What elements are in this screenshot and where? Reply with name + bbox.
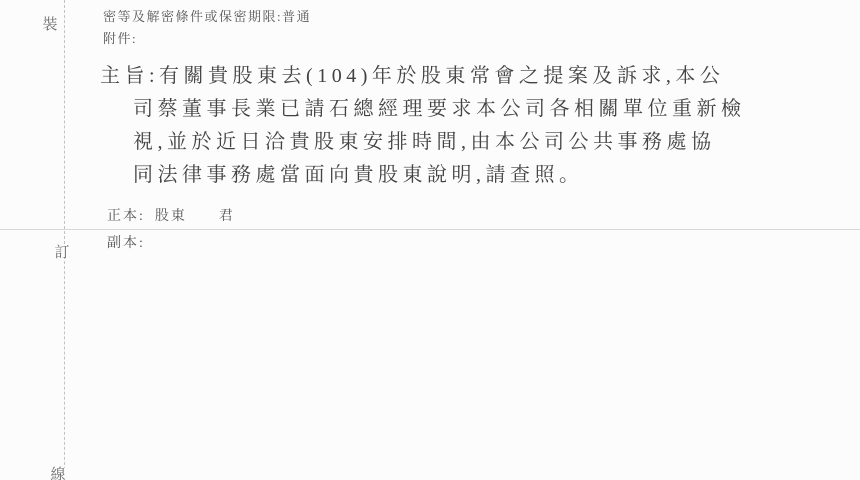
subject-line-4: 同法律事務處當面向貴股東說明,請查照。 bbox=[133, 159, 746, 192]
carbon-copy-label: 副本: bbox=[107, 236, 145, 251]
attachment-line: 附件: bbox=[103, 28, 137, 47]
original-copy-label: 正本: bbox=[107, 209, 145, 224]
carbon-copy-line: 副本: bbox=[107, 232, 145, 252]
subject-line-1: 主旨:有關貴股東去(104)年於股東常會之提案及訴求,本公 bbox=[100, 60, 746, 93]
subject-line-3: 視,並於近日洽貴股東安排時間,由本公司公共事務處協 bbox=[133, 126, 746, 159]
original-copy-line: 正本:股東 君 bbox=[107, 205, 235, 225]
scanned-document-page: 裝 訂 線 密等及解密條件或保密期限:普通 附件: 主旨:有關貴股東去(104)… bbox=[0, 0, 860, 480]
subject-block: 主旨:有關貴股東去(104)年於股東常會之提案及訴求,本公 司蔡董事長業已請石總… bbox=[100, 60, 746, 192]
document-content: 密等及解密條件或保密期限:普通 附件: 主旨:有關貴股東去(104)年於股東常會… bbox=[0, 0, 860, 480]
subject-line-2: 司蔡董事長業已請石總經理要求本公司各相關單位重新檢 bbox=[133, 93, 746, 126]
original-copy-value: 股東 君 bbox=[155, 209, 235, 224]
classification-line: 密等及解密條件或保密期限:普通 bbox=[103, 6, 311, 25]
